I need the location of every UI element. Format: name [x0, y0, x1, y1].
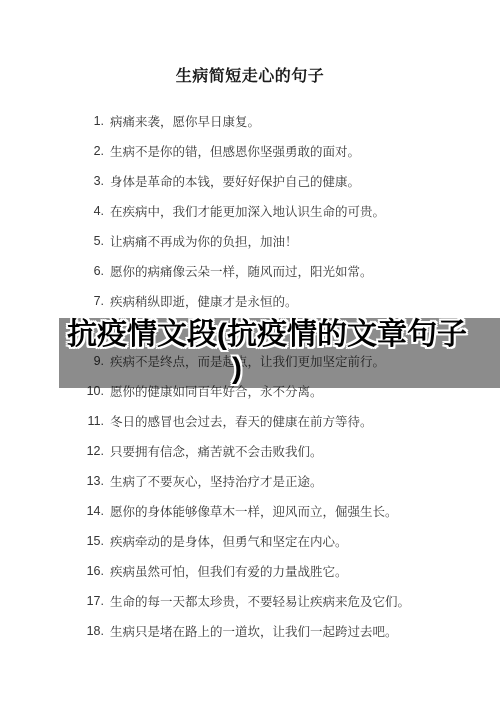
list-item: 6. 愿你的病痛像云朵一样，随风而过，阳光如常。: [0, 256, 500, 286]
list-item: 16. 疾病虽然可怕，但我们有爱的力量战胜它。: [0, 556, 500, 586]
list-item-text: 生病只是堵在路上的一道坎，让我们一起跨过去吧。: [110, 622, 398, 640]
list-item-number: 6.: [58, 264, 104, 278]
list-item-text: 生命的每一天都太珍贵，不要轻易让疾病来危及它们。: [110, 592, 410, 610]
list-item: 2. 生病不是你的错，但感恩你坚强勇敢的面对。: [0, 136, 500, 166]
list-item-text: 疾病稍纵即逝，健康才是永恒的。: [110, 292, 298, 310]
list-item: 12. 只要拥有信念，痛苦就不会击败我们。: [0, 436, 500, 466]
list-item: 11. 冬日的感冒也会过去，春天的健康在前方等待。: [0, 406, 500, 436]
list-item: 7. 疾病稍纵即逝，健康才是永恒的。: [0, 286, 500, 316]
list-item-text: 愿你的病痛像云朵一样，随风而过，阳光如常。: [110, 262, 373, 280]
list-item-number: 3.: [58, 174, 104, 188]
watermark-overlay: 抗疫情文段(抗疫情的文章句子 ): [59, 318, 500, 388]
list-item: 17. 生命的每一天都太珍贵，不要轻易让疾病来危及它们。: [0, 586, 500, 616]
list-item-number: 1.: [58, 114, 104, 128]
list-item-number: 13.: [58, 474, 104, 488]
list-item-number: 4.: [58, 204, 104, 218]
list-item-text: 病痛来袭，愿你早日康复。: [110, 112, 260, 130]
list-item-text: 在疾病中，我们才能更加深入地认识生命的可贵。: [110, 202, 385, 220]
list-item-number: 15.: [58, 534, 104, 548]
watermark-title-line1: 抗疫情文段(抗疫情的文章句子: [67, 320, 467, 350]
list-item-number: 5.: [58, 234, 104, 248]
list-item-number: 18.: [58, 624, 104, 638]
list-item-text: 只要拥有信念，痛苦就不会击败我们。: [110, 442, 323, 460]
list-item-number: 2.: [58, 144, 104, 158]
list-item-text: 生病不是你的错，但感恩你坚强勇敢的面对。: [110, 142, 360, 160]
page-title: 生病简短走心的句子: [0, 66, 500, 88]
list-item: 14. 愿你的身体能够像草木一样，迎风而立，倔强生长。: [0, 496, 500, 526]
list-item-text: 冬日的感冒也会过去，春天的健康在前方等待。: [110, 412, 373, 430]
list-item-number: 14.: [58, 504, 104, 518]
list-item-number: 16.: [58, 564, 104, 578]
list-item-text: 愿你的身体能够像草木一样，迎风而立，倔强生长。: [110, 502, 398, 520]
list-item-number: 12.: [58, 444, 104, 458]
list-item: 4. 在疾病中，我们才能更加深入地认识生命的可贵。: [0, 196, 500, 226]
watermark-title-line2: ): [232, 354, 242, 384]
list-item-text: 让病痛不再成为你的负担，加油！: [110, 232, 298, 250]
list-item: 1. 病痛来袭，愿你早日康复。: [0, 106, 500, 136]
list-item: 5. 让病痛不再成为你的负担，加油！: [0, 226, 500, 256]
list-item: 18. 生病只是堵在路上的一道坎，让我们一起跨过去吧。: [0, 616, 500, 646]
list-item: 3. 身体是革命的本钱，要好好保护自己的健康。: [0, 166, 500, 196]
list-item: 13. 生病了不要灰心，坚持治疗才是正途。: [0, 466, 500, 496]
list-item-number: 17.: [58, 594, 104, 608]
list-item-text: 疾病牵动的是身体，但勇气和坚定在内心。: [110, 532, 348, 550]
list-item-text: 疾病虽然可怕，但我们有爱的力量战胜它。: [110, 562, 348, 580]
list-item-text: 身体是革命的本钱，要好好保护自己的健康。: [110, 172, 360, 190]
list-item: 15. 疾病牵动的是身体，但勇气和坚定在内心。: [0, 526, 500, 556]
list-item-number: 7.: [58, 294, 104, 308]
list-item-text: 生病了不要灰心，坚持治疗才是正途。: [110, 472, 323, 490]
list-item-number: 11.: [58, 414, 104, 428]
